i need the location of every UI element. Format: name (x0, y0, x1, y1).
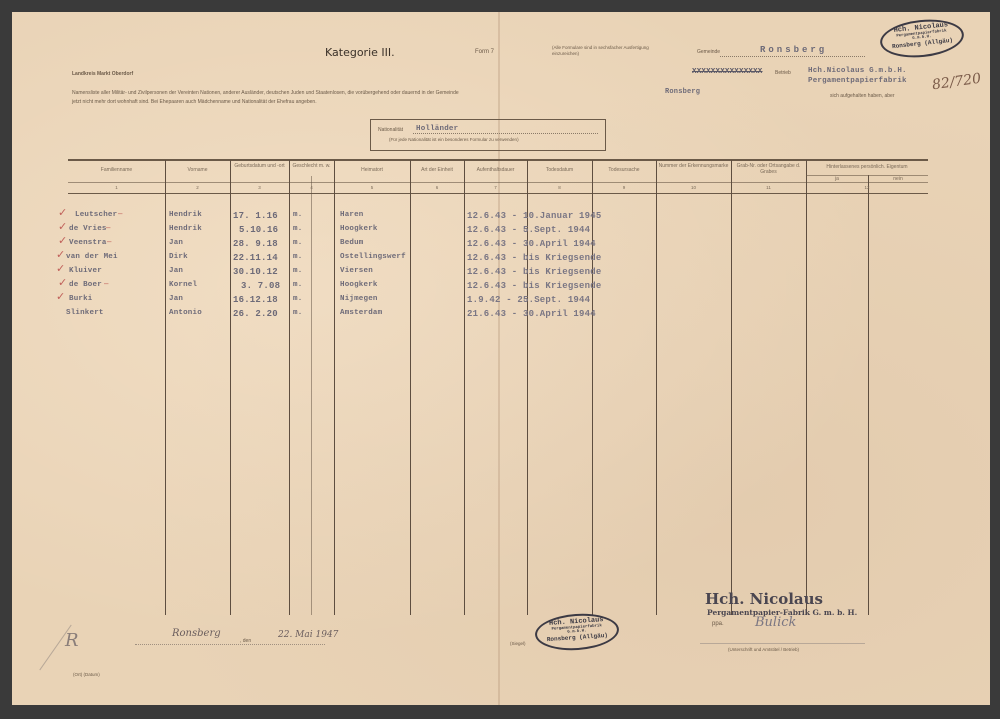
col-header-home: Heimatort (334, 167, 410, 173)
intro-line1: Namensliste aller Militär- und Zivilpers… (72, 90, 459, 96)
date-handwritten: 22. Mai 1947 (278, 630, 338, 640)
intro-line2: jetzt nicht mehr dort wohnhaft sind. Bei… (72, 99, 317, 105)
page-fold (498, 12, 500, 705)
landkreis-label: Landkreis Markt Oberdorf (72, 71, 133, 77)
col-header-unit: Art der Einheit (410, 167, 464, 173)
document-page (12, 12, 990, 705)
betrieb-label: Betrieb (775, 70, 791, 76)
checkmark-icon: ✓ (58, 234, 67, 247)
col-header-given: Vorname (165, 167, 230, 173)
cell-family: Leutscher (75, 211, 117, 219)
company-name: Hch. Nicolaus (705, 590, 823, 608)
ppa-label: ppa. (712, 621, 724, 627)
col-header-property-ja: ja (806, 176, 868, 182)
col-header-tag-number: Nummer der Erkennungsmarke (656, 163, 731, 169)
signature: Bulick (755, 615, 796, 630)
category-title: Kategorie III. (325, 46, 395, 59)
header-bottom-border (68, 193, 928, 194)
intro-line1-end: sich aufgehalten haben, aber (830, 93, 895, 99)
col-header-family: Familienname (68, 167, 165, 173)
checkmark-icon: ✓ (56, 262, 65, 275)
checkmark-icon: ✓ (58, 220, 67, 233)
table-top-border (68, 159, 928, 161)
betrieb-line2: Pergamentpapierfabrik (808, 77, 907, 85)
col-header-birth: Geburtsdatum und -ort (230, 163, 289, 169)
place-date-caption: (Ort) (Datum) (73, 672, 100, 677)
intro-gemeinde: Ronsberg (665, 88, 700, 96)
col-header-death-date: Todesdatum (527, 167, 592, 173)
col-header-property-nein: nein (868, 176, 928, 182)
form-number: Form 7 (475, 49, 494, 55)
nationality-value: Holländer (416, 125, 458, 133)
betrieb-line1: Hch.Nicolaus G.m.b.H. (808, 67, 907, 75)
nationality-box: Nationalität Holländer (Für jede Nationa… (370, 119, 606, 151)
checkmark-icon: ✓ (56, 290, 65, 303)
checkmark-icon: ✓ (56, 248, 65, 261)
margin-mark: R (65, 630, 79, 651)
col-header-stay: Aufenthaltsdauer (464, 167, 527, 173)
struck-field: XXXXXXXXXXXXXXX (692, 68, 763, 76)
nationality-label: Nationalität (378, 127, 403, 133)
col-header-sex: Geschlecht m. w. (289, 163, 334, 169)
checkmark-icon: ✓ (58, 276, 67, 289)
checkmark-icon: ✓ (58, 206, 67, 219)
gemeinde-line (720, 56, 865, 57)
col-header-death-cause: Todesursache (592, 167, 656, 173)
gemeinde-label: Gemeinde (697, 49, 720, 55)
instruction-note: (Alle Formulare sind in sechsfacher Ausf… (552, 45, 652, 57)
col-header-property: Hinterlassenes persönlich. Eigentum (806, 164, 928, 170)
nationality-note: (Für jede Nationalität ist ein besondere… (389, 137, 519, 142)
place-handwritten: Ronsberg (172, 628, 221, 639)
seal-label: (Siegel) (510, 641, 526, 646)
gemeinde-value: Ronsberg (760, 45, 827, 55)
signature-caption: (Unterschrift und Amtstitel / Betrieb) (728, 647, 799, 652)
header-divider (68, 182, 928, 183)
col-header-grave: Grab-Nr. oder Ortsangabe d. Grabes (731, 163, 806, 175)
